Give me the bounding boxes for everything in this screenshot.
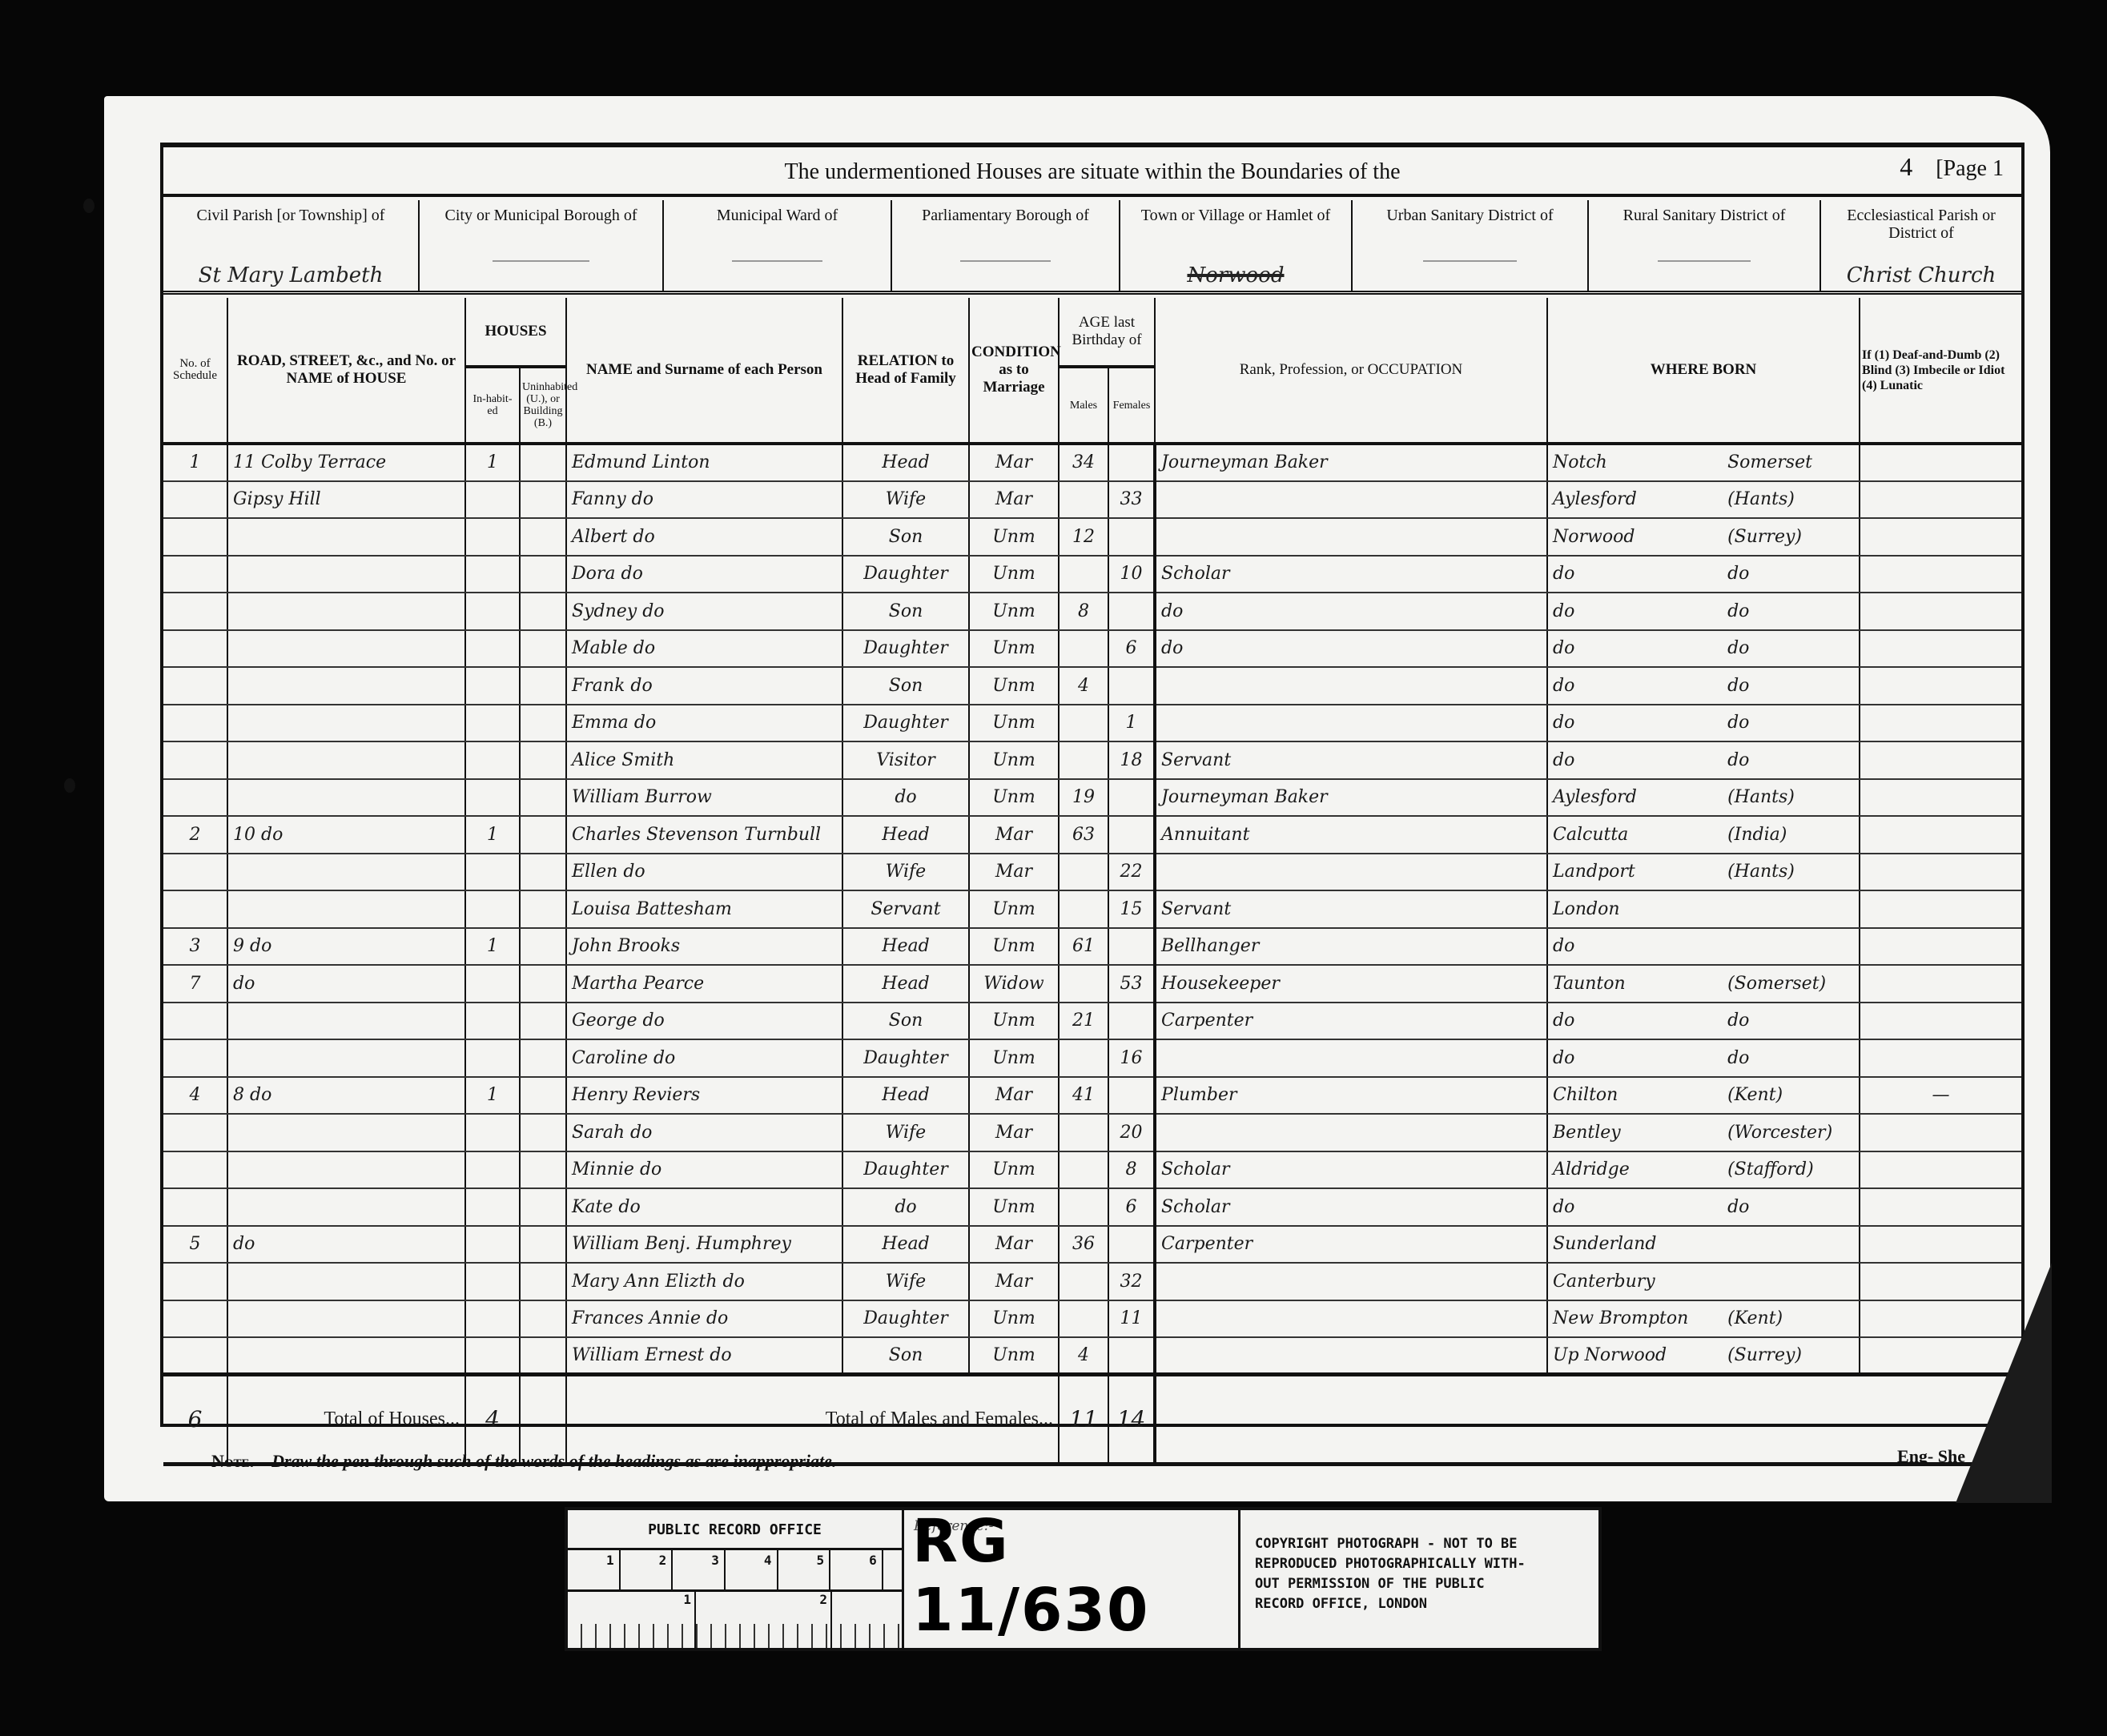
row-condition: Unm bbox=[969, 928, 1059, 966]
row-relation: Daughter bbox=[842, 1039, 969, 1077]
row-inhabited bbox=[465, 518, 520, 556]
row-address bbox=[227, 705, 465, 742]
boundary-label: Municipal Ward of bbox=[664, 207, 891, 224]
row-schedule-no bbox=[163, 518, 227, 556]
row-condition: Unm bbox=[969, 593, 1059, 630]
row-infirmity bbox=[1860, 1188, 2021, 1226]
row-uninhabited bbox=[520, 1151, 566, 1189]
row-uninhabited bbox=[520, 556, 566, 593]
row-occupation: Carpenter bbox=[1155, 1003, 1547, 1040]
row-inhabited bbox=[465, 1263, 520, 1300]
row-condition: Mar bbox=[969, 816, 1059, 854]
table-row: Kate dodoUnm6Scholardodo bbox=[163, 1188, 2021, 1226]
born-county: (Surrey) bbox=[1727, 1345, 1802, 1365]
census-form-frame: The undermentioned Houses are situate wi… bbox=[160, 143, 2025, 1427]
row-male-age bbox=[1059, 1151, 1108, 1189]
row-person-name: Alice Smith bbox=[566, 741, 842, 779]
row-schedule-no: 1 bbox=[163, 444, 227, 481]
table-row: Sarah doWifeMar20Bentley(Worcester) bbox=[163, 1114, 2021, 1151]
boundary-label: Town or Village or Hamlet of bbox=[1120, 207, 1351, 224]
row-condition: Mar bbox=[969, 444, 1059, 481]
born-place: Sunderland bbox=[1553, 1234, 1727, 1254]
pro-copyright: COPYRIGHT PHOTOGRAPH - NOT TO BE REPRODU… bbox=[1240, 1510, 1598, 1648]
row-where-born: Taunton(Somerset) bbox=[1547, 965, 1860, 1003]
row-schedule-no bbox=[163, 890, 227, 928]
row-inhabited bbox=[465, 965, 520, 1003]
row-person-name: Frank do bbox=[566, 667, 842, 705]
row-male-age bbox=[1059, 741, 1108, 779]
row-relation: Son bbox=[842, 593, 969, 630]
table-row: 5doWilliam Benj. HumphreyHeadMar36Carpen… bbox=[163, 1226, 2021, 1264]
row-occupation bbox=[1155, 1337, 1547, 1375]
row-uninhabited bbox=[520, 1300, 566, 1338]
row-uninhabited bbox=[520, 1039, 566, 1077]
row-male-age bbox=[1059, 705, 1108, 742]
row-uninhabited bbox=[520, 965, 566, 1003]
row-where-born: dodo bbox=[1547, 593, 1860, 630]
row-condition: Unm bbox=[969, 1300, 1059, 1338]
row-infirmity bbox=[1860, 816, 2021, 854]
row-person-name: Martha Pearce bbox=[566, 965, 842, 1003]
row-condition: Unm bbox=[969, 1337, 1059, 1375]
table-row: Louisa BatteshamServantUnm15ServantLondo… bbox=[163, 890, 2021, 928]
row-person-name: William Benj. Humphrey bbox=[566, 1226, 842, 1264]
row-occupation bbox=[1155, 1114, 1547, 1151]
table-row: 210 do1Charles Stevenson TurnbullHeadMar… bbox=[163, 816, 2021, 854]
row-address bbox=[227, 593, 465, 630]
ruler-ticks bbox=[568, 1624, 902, 1648]
row-schedule-no bbox=[163, 1188, 227, 1226]
row-male-age: 61 bbox=[1059, 928, 1108, 966]
row-inhabited bbox=[465, 1226, 520, 1264]
row-inhabited bbox=[465, 593, 520, 630]
born-place: Canterbury bbox=[1553, 1272, 1727, 1292]
row-uninhabited bbox=[520, 816, 566, 854]
row-where-born: Landport(Hants) bbox=[1547, 854, 1860, 891]
boundary-label: Ecclesiastical Parish or District of bbox=[1821, 207, 2021, 242]
table-row: Albert doSonUnm12Norwood(Surrey) bbox=[163, 518, 2021, 556]
row-address bbox=[227, 630, 465, 668]
born-place: Notch bbox=[1553, 452, 1727, 472]
table-row: Mary Ann Elizth doWifeMar32Canterbury bbox=[163, 1263, 2021, 1300]
boundary-label: City or Municipal Borough of bbox=[420, 207, 662, 224]
total-females: 14 bbox=[1108, 1375, 1155, 1465]
row-occupation bbox=[1155, 1039, 1547, 1077]
born-place: New Brompton bbox=[1553, 1308, 1727, 1328]
row-condition: Mar bbox=[969, 1226, 1059, 1264]
copyright-line: OUT PERMISSION OF THE PUBLIC bbox=[1255, 1574, 1584, 1594]
row-schedule-no bbox=[163, 705, 227, 742]
females-count: 14 bbox=[1117, 1406, 1146, 1433]
row-person-name: Albert do bbox=[566, 518, 842, 556]
born-county: do bbox=[1727, 1048, 1749, 1068]
row-relation: Wife bbox=[842, 854, 969, 891]
row-infirmity bbox=[1860, 741, 2021, 779]
row-schedule-no bbox=[163, 1003, 227, 1040]
row-inhabited bbox=[465, 630, 520, 668]
row-male-age: 21 bbox=[1059, 1003, 1108, 1040]
blank-dash bbox=[732, 260, 822, 262]
row-condition: Unm bbox=[969, 1188, 1059, 1226]
born-county: (Stafford) bbox=[1727, 1159, 1814, 1179]
boundary-value: St Mary Lambeth bbox=[163, 267, 418, 284]
born-place: Aldridge bbox=[1553, 1159, 1727, 1179]
row-occupation: Bellhanger bbox=[1155, 928, 1547, 966]
table-row: William BurrowdoUnm19Journeyman BakerAyl… bbox=[163, 779, 2021, 817]
row-female-age: 15 bbox=[1108, 890, 1155, 928]
col-condition: CONDITION as to Marriage bbox=[969, 298, 1059, 444]
row-infirmity bbox=[1860, 779, 2021, 817]
row-address: 9 do bbox=[227, 928, 465, 966]
row-occupation: Scholar bbox=[1155, 1188, 1547, 1226]
pro-reference: Reference:- RG 11/630 bbox=[904, 1510, 1240, 1648]
born-place: Aylesford bbox=[1553, 787, 1727, 807]
row-occupation: Carpenter bbox=[1155, 1226, 1547, 1264]
row-female-age: 16 bbox=[1108, 1039, 1155, 1077]
row-infirmity bbox=[1860, 1300, 2021, 1338]
born-county: do bbox=[1727, 564, 1749, 584]
row-schedule-no bbox=[163, 1337, 227, 1375]
row-female-age: 1 bbox=[1108, 705, 1155, 742]
row-infirmity bbox=[1860, 890, 2021, 928]
row-inhabited: 1 bbox=[465, 928, 520, 966]
row-where-born: Aylesford(Hants) bbox=[1547, 481, 1860, 519]
row-where-born: dodo bbox=[1547, 705, 1860, 742]
col-houses: HOUSES bbox=[465, 298, 566, 367]
row-infirmity bbox=[1860, 1003, 2021, 1040]
ink-blot-mark bbox=[83, 199, 94, 213]
row-male-age bbox=[1059, 630, 1108, 668]
born-place: do bbox=[1553, 1197, 1727, 1217]
row-relation: Daughter bbox=[842, 705, 969, 742]
col-females: Females bbox=[1108, 367, 1155, 444]
row-relation: Son bbox=[842, 667, 969, 705]
col-name: NAME and Surname of each Person bbox=[566, 298, 842, 444]
row-uninhabited bbox=[520, 1337, 566, 1375]
row-address bbox=[227, 779, 465, 817]
row-male-age: 63 bbox=[1059, 816, 1108, 854]
born-place: Up Norwood bbox=[1553, 1345, 1727, 1365]
row-male-age bbox=[1059, 854, 1108, 891]
row-person-name: Edmund Linton bbox=[566, 444, 842, 481]
row-relation: Wife bbox=[842, 481, 969, 519]
row-occupation: do bbox=[1155, 630, 1547, 668]
public-record-office-label: PUBLIC RECORD OFFICE 1 2 3 4 5 6 1 2 Ref… bbox=[565, 1507, 1602, 1651]
row-female-age: 18 bbox=[1108, 741, 1155, 779]
row-inhabited bbox=[465, 741, 520, 779]
col-relation: RELATION to Head of Family bbox=[842, 298, 969, 444]
col-males: Males bbox=[1059, 367, 1108, 444]
row-female-age bbox=[1108, 928, 1155, 966]
boundary-town-village: Town or Village or Hamlet of Norwood bbox=[1120, 200, 1353, 291]
copyright-line: COPYRIGHT PHOTOGRAPH - NOT TO BE bbox=[1255, 1534, 1584, 1554]
row-relation: Wife bbox=[842, 1263, 969, 1300]
census-table: No. of Schedule ROAD, STREET, &c., and N… bbox=[163, 298, 2021, 1466]
row-inhabited bbox=[465, 854, 520, 891]
row-relation: Head bbox=[842, 1226, 969, 1264]
row-schedule-no bbox=[163, 1263, 227, 1300]
row-address: Gipsy Hill bbox=[227, 481, 465, 519]
note-prefix: Note. bbox=[211, 1451, 254, 1471]
row-condition: Widow bbox=[969, 965, 1059, 1003]
row-address bbox=[227, 1039, 465, 1077]
row-female-age bbox=[1108, 1077, 1155, 1115]
row-address bbox=[227, 890, 465, 928]
row-address: do bbox=[227, 965, 465, 1003]
born-place: Bentley bbox=[1553, 1123, 1727, 1143]
row-male-age: 19 bbox=[1059, 779, 1108, 817]
row-uninhabited bbox=[520, 741, 566, 779]
row-where-born: dodo bbox=[1547, 556, 1860, 593]
row-person-name: Dora do bbox=[566, 556, 842, 593]
row-occupation bbox=[1155, 667, 1547, 705]
row-condition: Unm bbox=[969, 1039, 1059, 1077]
row-relation: do bbox=[842, 1188, 969, 1226]
row-relation: Visitor bbox=[842, 741, 969, 779]
row-occupation bbox=[1155, 481, 1547, 519]
row-female-age: 6 bbox=[1108, 1188, 1155, 1226]
table-row: 7doMartha PearceHeadWidow53HousekeeperTa… bbox=[163, 965, 2021, 1003]
ruler-tick-label: 4 bbox=[726, 1550, 778, 1589]
row-address bbox=[227, 1300, 465, 1338]
row-uninhabited bbox=[520, 779, 566, 817]
row-male-age bbox=[1059, 1263, 1108, 1300]
boundary-label: Parliamentary Borough of bbox=[892, 207, 1119, 224]
born-county: (Hants) bbox=[1727, 862, 1795, 882]
pro-title: PUBLIC RECORD OFFICE bbox=[568, 1510, 902, 1550]
born-county: (Kent) bbox=[1727, 1085, 1783, 1105]
table-row: Frances Annie doDaughterUnm11New Brompto… bbox=[163, 1300, 2021, 1338]
row-inhabited bbox=[465, 1188, 520, 1226]
row-where-born: NotchSomerset bbox=[1547, 444, 1860, 481]
row-schedule-no: 5 bbox=[163, 1226, 227, 1264]
row-female-age bbox=[1108, 593, 1155, 630]
row-female-age bbox=[1108, 1337, 1155, 1375]
born-county: (Surrey) bbox=[1727, 527, 1802, 547]
sheet-tag: Eng- She bbox=[1897, 1446, 1965, 1467]
row-person-name: William Ernest do bbox=[566, 1337, 842, 1375]
row-female-age: 6 bbox=[1108, 630, 1155, 668]
blank-dash bbox=[1423, 260, 1517, 262]
table-row: Alice SmithVisitorUnm18Servantdodo bbox=[163, 741, 2021, 779]
row-female-age bbox=[1108, 816, 1155, 854]
boundary-municipal-ward: Municipal Ward of bbox=[664, 200, 892, 291]
row-schedule-no: 7 bbox=[163, 965, 227, 1003]
row-female-age bbox=[1108, 444, 1155, 481]
row-uninhabited bbox=[520, 518, 566, 556]
row-occupation bbox=[1155, 705, 1547, 742]
row-occupation: Servant bbox=[1155, 890, 1547, 928]
row-female-age: 53 bbox=[1108, 965, 1155, 1003]
row-occupation bbox=[1155, 854, 1547, 891]
row-person-name: Charles Stevenson Turnbull bbox=[566, 816, 842, 854]
ruler-tick-label: 3 bbox=[673, 1550, 726, 1589]
table-row: Emma doDaughterUnm1dodo bbox=[163, 705, 2021, 742]
row-condition: Mar bbox=[969, 854, 1059, 891]
row-uninhabited bbox=[520, 444, 566, 481]
row-occupation: Housekeeper bbox=[1155, 965, 1547, 1003]
row-female-age bbox=[1108, 518, 1155, 556]
row-occupation: Plumber bbox=[1155, 1077, 1547, 1115]
blank-dash bbox=[1658, 260, 1750, 262]
reference-value: RG 11/630 bbox=[912, 1507, 1238, 1645]
row-address bbox=[227, 556, 465, 593]
row-person-name: Fanny do bbox=[566, 481, 842, 519]
row-condition: Unm bbox=[969, 630, 1059, 668]
row-infirmity bbox=[1860, 1151, 2021, 1189]
row-relation: Wife bbox=[842, 1114, 969, 1151]
row-uninhabited bbox=[520, 928, 566, 966]
row-inhabited: 1 bbox=[465, 816, 520, 854]
row-condition: Unm bbox=[969, 1003, 1059, 1040]
row-where-born: dodo bbox=[1547, 1188, 1860, 1226]
table-row: Minnie doDaughterUnm8ScholarAldridge(Sta… bbox=[163, 1151, 2021, 1189]
row-person-name: Emma do bbox=[566, 705, 842, 742]
row-relation: Son bbox=[842, 1337, 969, 1375]
row-address bbox=[227, 518, 465, 556]
row-where-born: London bbox=[1547, 890, 1860, 928]
row-occupation bbox=[1155, 1263, 1547, 1300]
row-inhabited bbox=[465, 1300, 520, 1338]
row-where-born: Bentley(Worcester) bbox=[1547, 1114, 1860, 1151]
row-infirmity bbox=[1860, 854, 2021, 891]
row-infirmity bbox=[1860, 518, 2021, 556]
row-condition: Unm bbox=[969, 741, 1059, 779]
census-sheet: The undermentioned Houses are situate wi… bbox=[104, 96, 2050, 1501]
col-infirmity: If (1) Deaf-and-Dumb (2) Blind (3) Imbec… bbox=[1860, 298, 2021, 444]
row-person-name: Kate do bbox=[566, 1188, 842, 1226]
table-row: William Ernest doSonUnm4Up Norwood(Surre… bbox=[163, 1337, 2021, 1375]
row-male-age bbox=[1059, 1114, 1108, 1151]
row-address: 10 do bbox=[227, 816, 465, 854]
boundary-value: Norwood bbox=[1120, 267, 1351, 284]
row-where-born: Sunderland bbox=[1547, 1226, 1860, 1264]
form-heading: The undermentioned Houses are situate wi… bbox=[163, 147, 2021, 197]
row-schedule-no bbox=[163, 593, 227, 630]
row-female-age: 8 bbox=[1108, 1151, 1155, 1189]
born-place: do bbox=[1553, 750, 1727, 770]
born-county: (India) bbox=[1727, 825, 1787, 845]
males-count: 11 bbox=[1069, 1406, 1098, 1433]
born-county: do bbox=[1727, 638, 1749, 658]
row-female-age: 33 bbox=[1108, 481, 1155, 519]
born-place: do bbox=[1553, 676, 1727, 696]
col-age: AGE last Birthday of bbox=[1059, 298, 1155, 367]
row-relation: Head bbox=[842, 1077, 969, 1115]
row-relation: do bbox=[842, 779, 969, 817]
row-condition: Unm bbox=[969, 1151, 1059, 1189]
note-text: —Draw the pen through such of the words … bbox=[254, 1451, 836, 1471]
born-place: Landport bbox=[1553, 862, 1727, 882]
row-uninhabited bbox=[520, 1263, 566, 1300]
row-infirmity bbox=[1860, 1039, 2021, 1077]
row-infirmity bbox=[1860, 928, 2021, 966]
row-address bbox=[227, 1188, 465, 1226]
row-male-age bbox=[1059, 1300, 1108, 1338]
row-address bbox=[227, 667, 465, 705]
row-relation: Head bbox=[842, 965, 969, 1003]
row-person-name: Frances Annie do bbox=[566, 1300, 842, 1338]
row-where-born: Calcutta(India) bbox=[1547, 816, 1860, 854]
row-where-born: dodo bbox=[1547, 1003, 1860, 1040]
row-address bbox=[227, 1337, 465, 1375]
table-row: 48 do1Henry ReviersHeadMar41PlumberChilt… bbox=[163, 1077, 2021, 1115]
row-occupation: Scholar bbox=[1155, 556, 1547, 593]
born-county: do bbox=[1727, 1197, 1749, 1217]
row-person-name: Caroline do bbox=[566, 1039, 842, 1077]
row-inhabited bbox=[465, 890, 520, 928]
col-occupation: Rank, Profession, or OCCUPATION bbox=[1155, 298, 1547, 444]
row-female-age: 32 bbox=[1108, 1263, 1155, 1300]
ruler-tick-label: 2 bbox=[621, 1550, 674, 1589]
row-male-age: 8 bbox=[1059, 593, 1108, 630]
ruler-inch: 1 2 bbox=[568, 1592, 902, 1648]
table-row: Sydney doSonUnm8dododo bbox=[163, 593, 2021, 630]
row-male-age: 4 bbox=[1059, 1337, 1108, 1375]
table-row: Caroline doDaughterUnm16dodo bbox=[163, 1039, 2021, 1077]
page-number: 4 [Page 1 bbox=[1900, 152, 2004, 182]
row-infirmity bbox=[1860, 593, 2021, 630]
boundary-label: Urban Sanitary District of bbox=[1353, 207, 1587, 224]
row-male-age bbox=[1059, 890, 1108, 928]
row-male-age bbox=[1059, 965, 1108, 1003]
table-row: George doSonUnm21Carpenterdodo bbox=[163, 1003, 2021, 1040]
row-uninhabited bbox=[520, 1188, 566, 1226]
total-males: 11 bbox=[1059, 1375, 1108, 1465]
col-inhabited: In-habit-ed bbox=[465, 367, 520, 444]
row-person-name: Henry Reviers bbox=[566, 1077, 842, 1115]
row-where-born: Up Norwood(Surrey) bbox=[1547, 1337, 1860, 1375]
row-uninhabited bbox=[520, 630, 566, 668]
row-male-age bbox=[1059, 1188, 1108, 1226]
row-relation: Head bbox=[842, 816, 969, 854]
row-occupation: Journeyman Baker bbox=[1155, 779, 1547, 817]
houses-count: 4 bbox=[485, 1406, 500, 1433]
ruler-tick-label: 5 bbox=[778, 1550, 831, 1589]
row-address bbox=[227, 741, 465, 779]
census-rows: 111 Colby Terrace1Edmund LintonHeadMar34… bbox=[163, 444, 2021, 1375]
row-schedule-no: 4 bbox=[163, 1077, 227, 1115]
row-schedule-no bbox=[163, 854, 227, 891]
row-inhabited bbox=[465, 1114, 520, 1151]
row-female-age bbox=[1108, 1226, 1155, 1264]
born-county: do bbox=[1727, 713, 1749, 733]
row-occupation: do bbox=[1155, 593, 1547, 630]
col-where-born: WHERE BORN bbox=[1547, 298, 1860, 444]
row-uninhabited bbox=[520, 667, 566, 705]
blank-dash bbox=[493, 260, 589, 262]
row-female-age bbox=[1108, 667, 1155, 705]
row-condition: Unm bbox=[969, 705, 1059, 742]
row-inhabited: 1 bbox=[465, 1077, 520, 1115]
row-where-born: New Brompton(Kent) bbox=[1547, 1300, 1860, 1338]
row-infirmity bbox=[1860, 705, 2021, 742]
born-county: do bbox=[1727, 676, 1749, 696]
col-road: ROAD, STREET, &c., and No. or NAME of HO… bbox=[227, 298, 465, 444]
boundary-parliamentary-borough: Parliamentary Borough of bbox=[892, 200, 1120, 291]
row-male-age: 36 bbox=[1059, 1226, 1108, 1264]
ruler-tick-label: 1 bbox=[568, 1550, 621, 1589]
table-row: 39 do1John BrooksHeadUnm61Bellhangerdo bbox=[163, 928, 2021, 966]
row-relation: Son bbox=[842, 1003, 969, 1040]
table-row: 111 Colby Terrace1Edmund LintonHeadMar34… bbox=[163, 444, 2021, 481]
page-label: [Page 1 bbox=[1936, 156, 2004, 181]
copyright-line: REPRODUCED PHOTOGRAPHICALLY WITH- bbox=[1255, 1554, 1584, 1574]
ruler-cm: 1 2 3 4 5 6 bbox=[568, 1550, 902, 1592]
schedule-mark: 6 bbox=[188, 1406, 203, 1433]
row-infirmity bbox=[1860, 1114, 2021, 1151]
row-infirmity bbox=[1860, 481, 2021, 519]
